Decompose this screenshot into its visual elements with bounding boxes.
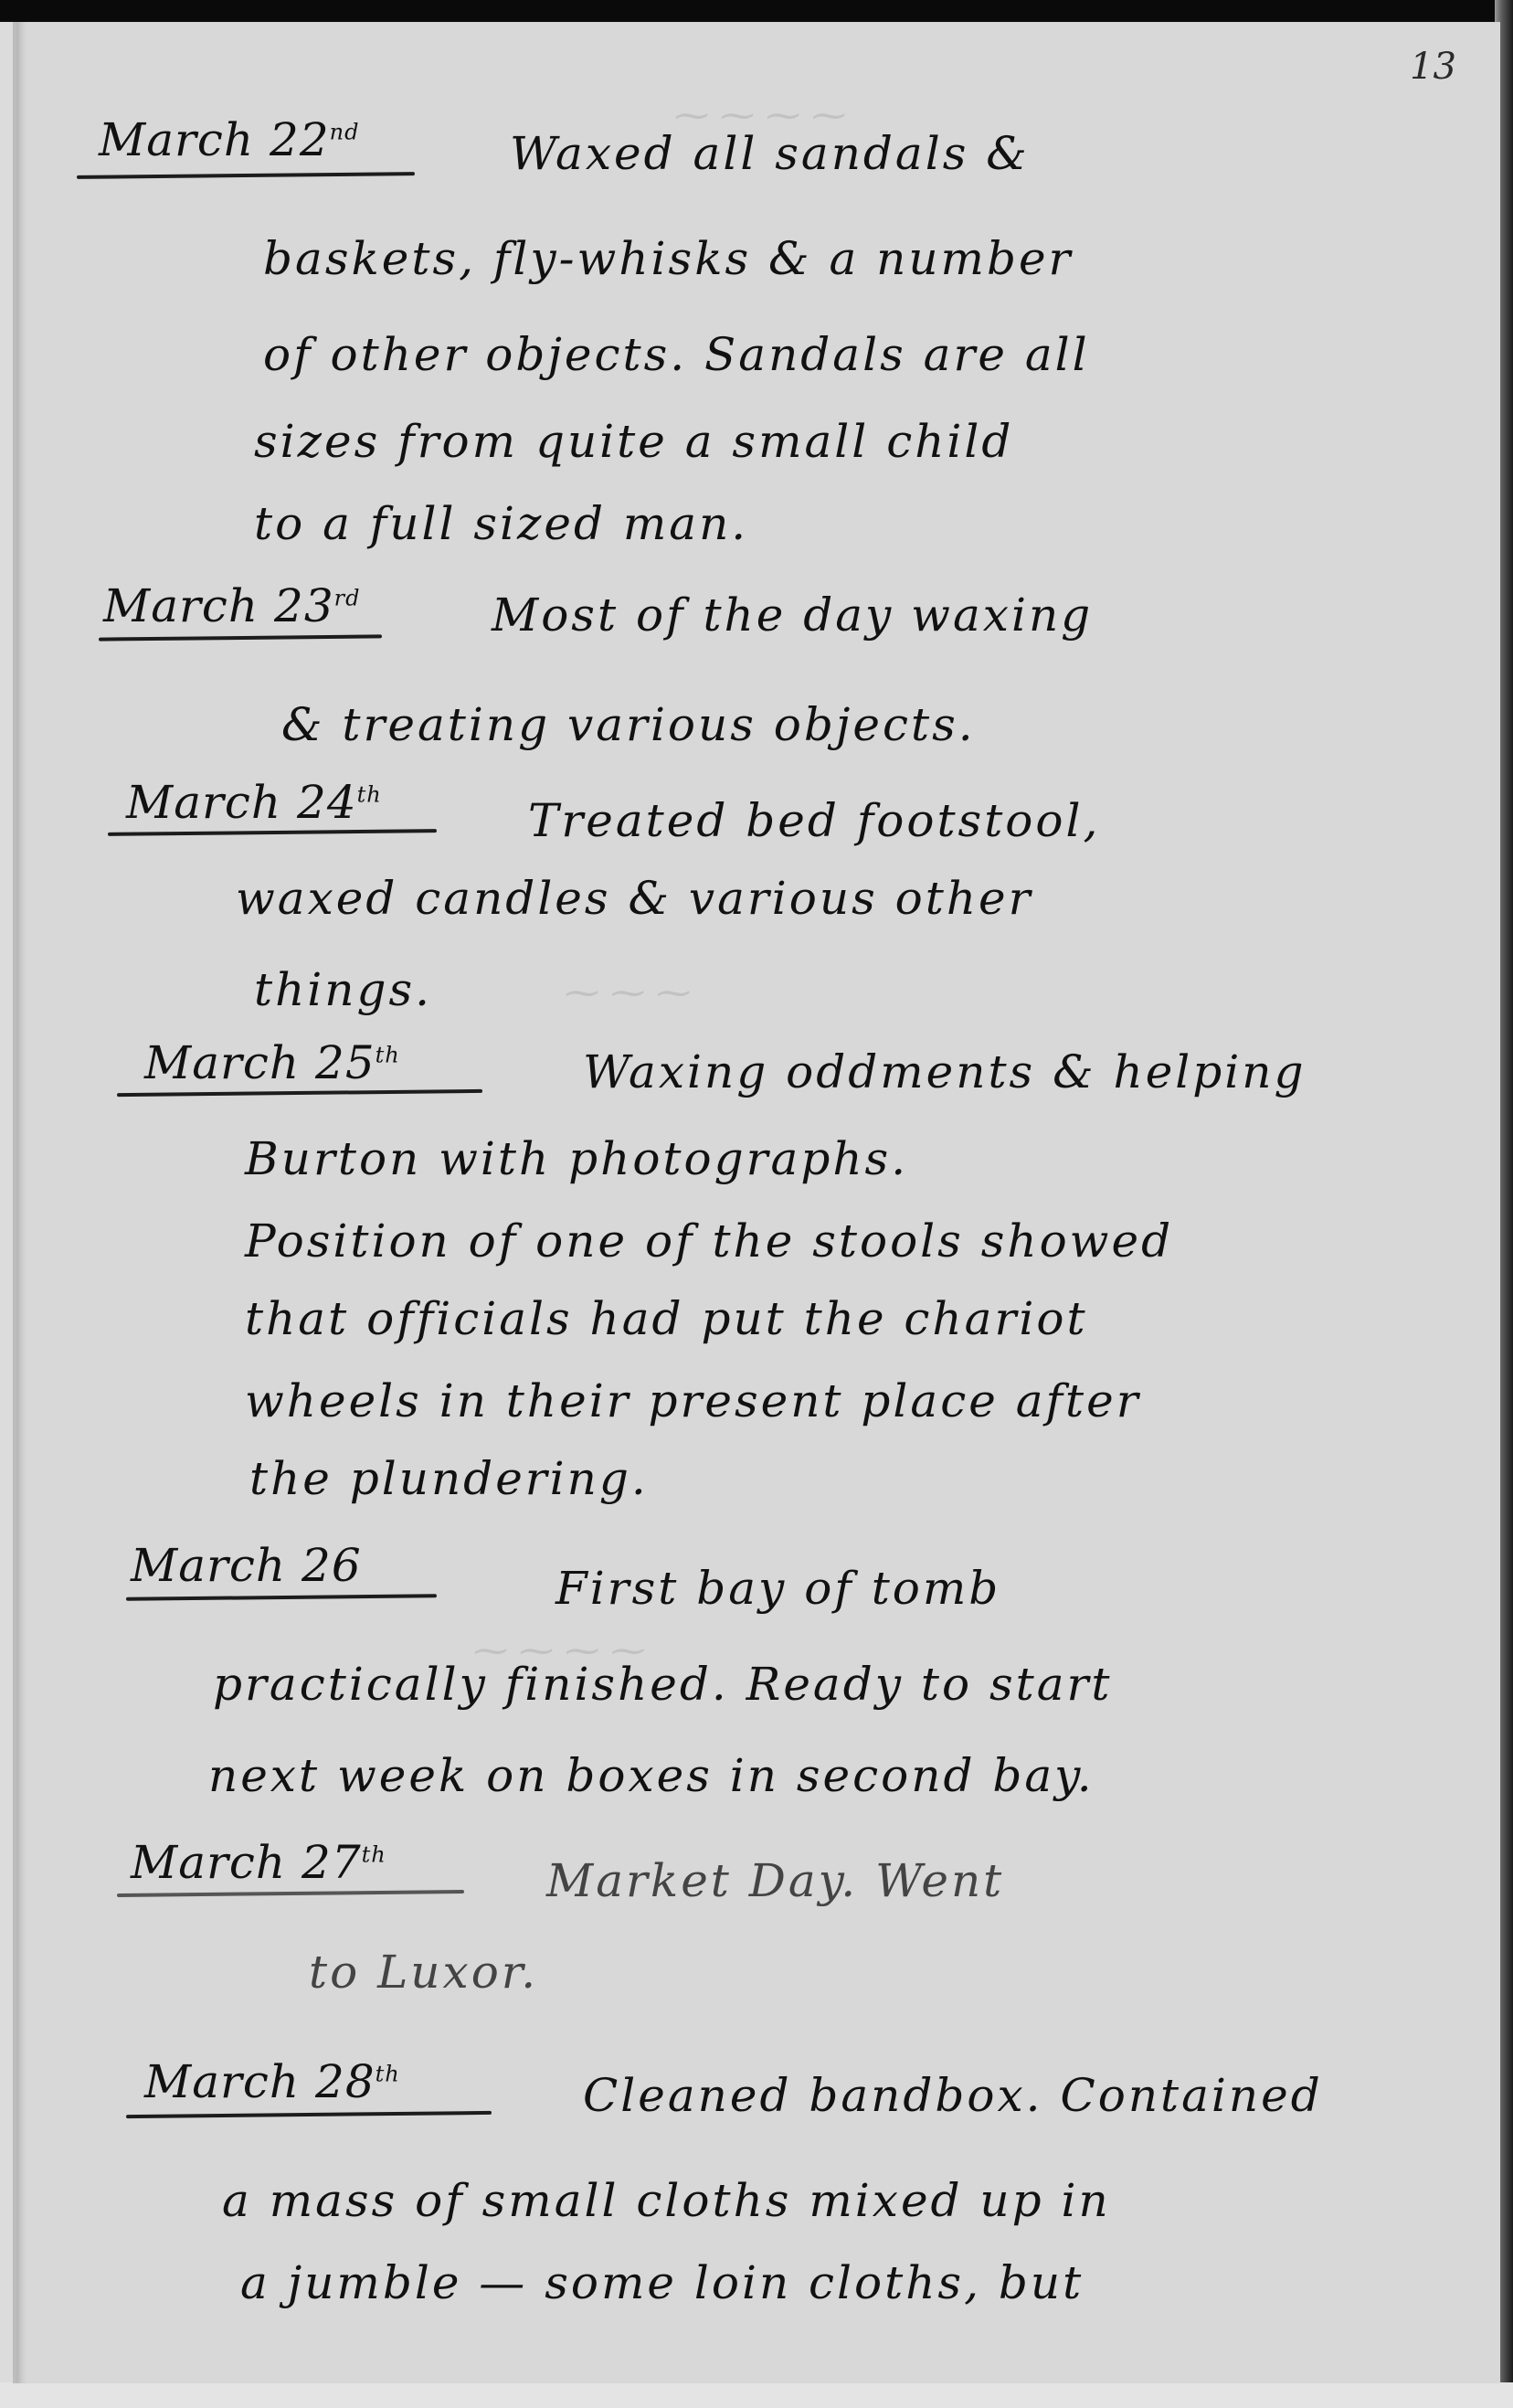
- entry-text-line: Waxing oddments & helping: [583, 1045, 1307, 1098]
- entry-text-line: Cleaned bandbox. Contained: [583, 2069, 1323, 2122]
- entry-date: March 27th: [131, 1836, 386, 1889]
- entry-text-line: baskets, fly-whisks & a number: [263, 232, 1073, 285]
- entry-text-line: of other objects. Sandals are all: [263, 328, 1090, 381]
- entry-text-line: next week on boxes in second bay.: [208, 1749, 1095, 1802]
- entry-text-line: a jumble — some loin cloths, but: [240, 2256, 1084, 2309]
- entry-text-line: & treating various objects.: [281, 698, 976, 751]
- entry-text-line: Waxed all sandals &: [510, 127, 1030, 180]
- entry-date: March 26: [131, 1539, 362, 1592]
- page-number: 13: [1410, 46, 1456, 88]
- entry-text-line: Most of the day waxing: [492, 589, 1093, 642]
- journal-page: 13 ⁓ ⁓ ⁓ ⁓ ⁓ ⁓ ⁓ ⁓ ⁓ ⁓ ⁓ March 22nd Waxe…: [13, 22, 1500, 2383]
- entry-text-line: to a full sized man.: [254, 497, 748, 550]
- entry-text-line: to Luxor.: [309, 1946, 538, 1999]
- entry-text-line: the plundering.: [249, 1452, 649, 1505]
- entry-date: March 24th: [126, 776, 382, 829]
- scan-bottom-border: [0, 2382, 1513, 2408]
- entry-text-line: Burton with photographs.: [245, 1132, 908, 1185]
- entry-text-line: Position of one of the stools showed: [245, 1215, 1173, 1268]
- entry-text-line: waxed candles & various other: [236, 872, 1033, 925]
- entry-text-line: wheels in their present place after: [245, 1374, 1141, 1427]
- entry-text-line: Treated bed footstool,: [528, 794, 1100, 847]
- date-underline: [99, 634, 382, 641]
- entry-text-line: sizes from quite a small child: [254, 415, 1013, 468]
- date-underline: [117, 1089, 482, 1097]
- entry-text-line: a mass of small cloths mixed up in: [222, 2174, 1111, 2227]
- entry-text-line: things.: [254, 963, 432, 1016]
- date-underline: [126, 1594, 437, 1601]
- entry-date: March 28th: [144, 2055, 400, 2108]
- entry-date: March 25th: [144, 1036, 400, 1089]
- entry-text-line: Market Day. Went: [546, 1854, 1004, 1907]
- entry-date: March 23rd: [103, 579, 360, 632]
- entry-text-line: practically finished. Ready to start: [213, 1658, 1113, 1711]
- scan-top-border: [0, 0, 1513, 22]
- entry-date: March 22nd: [99, 113, 359, 166]
- date-underline: [108, 829, 437, 836]
- entry-text-line: that officials had put the chariot: [245, 1292, 1088, 1345]
- date-underline: [117, 1890, 464, 1897]
- bleed-through-text: ⁓ ⁓ ⁓: [565, 972, 691, 1013]
- date-underline: [77, 172, 415, 179]
- date-underline: [126, 2111, 492, 2118]
- entry-text-line: First bay of tomb: [555, 1562, 1000, 1615]
